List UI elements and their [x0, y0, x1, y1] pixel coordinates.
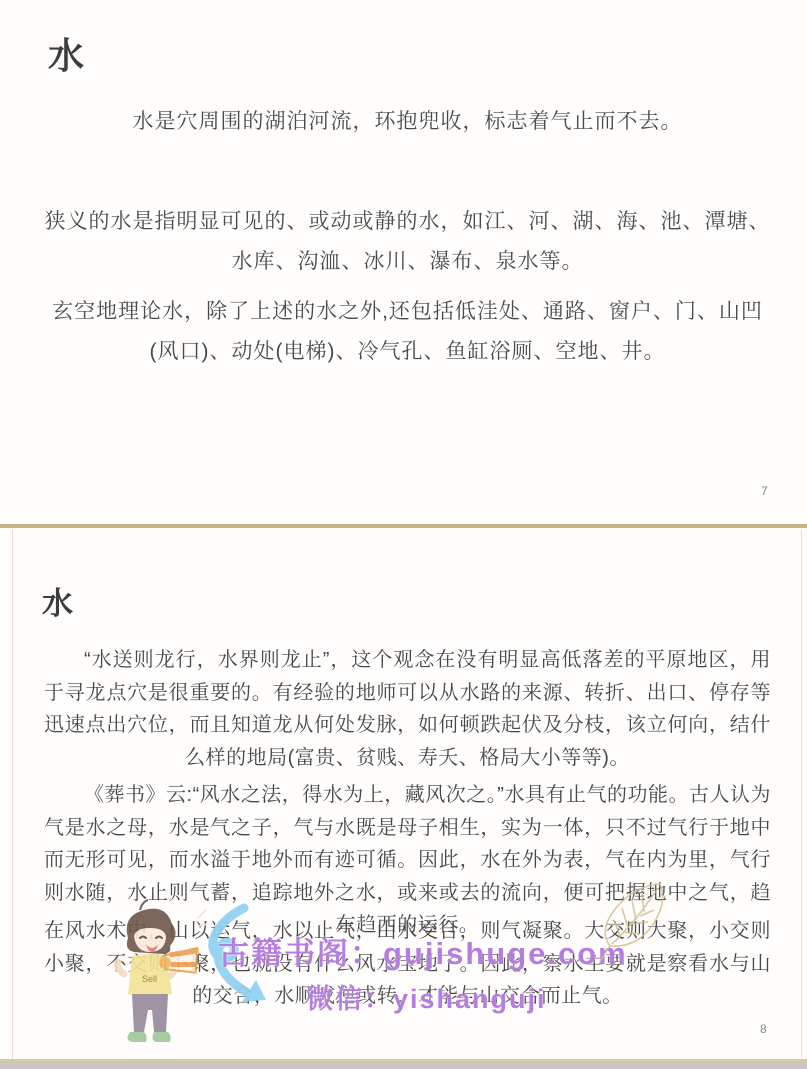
paragraph: “水送则龙行，水界则龙止”，这个观念在没有明显高低落差的平原地区，用于寻龙点穴是…	[44, 644, 771, 774]
page-left-edge	[12, 530, 13, 1060]
page-number: 7	[761, 484, 768, 498]
page-7: 水 水是穴周围的湖泊河流，环抱兜收，标志着气止而不去。 狭义的水是指明显可见的、…	[0, 0, 807, 526]
page-title: 水	[48, 28, 85, 79]
paragraph: 玄空地理论水，除了上述的水之外,还包括低洼处、通路、窗户、门、山凹(风口)、动处…	[44, 292, 771, 372]
page-number: 8	[760, 1022, 767, 1036]
page-divider-line	[0, 524, 807, 528]
paragraph: 狭义的水是指明显可见的、或动或静的水，如江、河、湖、海、池、潭塘、水库、沟洫、冰…	[44, 202, 771, 282]
page-8: 水 “水送则龙行，水界则龙止”，这个观念在没有明显高低落差的平原地区，用于寻龙点…	[0, 530, 807, 1062]
paragraph: 在风水术中，山以运气，水以止气，山水交合，则气凝聚。大交则大聚，小交则小聚，不交…	[44, 915, 771, 1013]
page-title: 水	[42, 578, 74, 623]
page-right-edge	[801, 530, 802, 1060]
scan-bottom-strip	[0, 1062, 807, 1069]
paragraph: 水是穴周围的湖泊河流，环抱兜收，标志着气止而不去。	[44, 102, 771, 142]
